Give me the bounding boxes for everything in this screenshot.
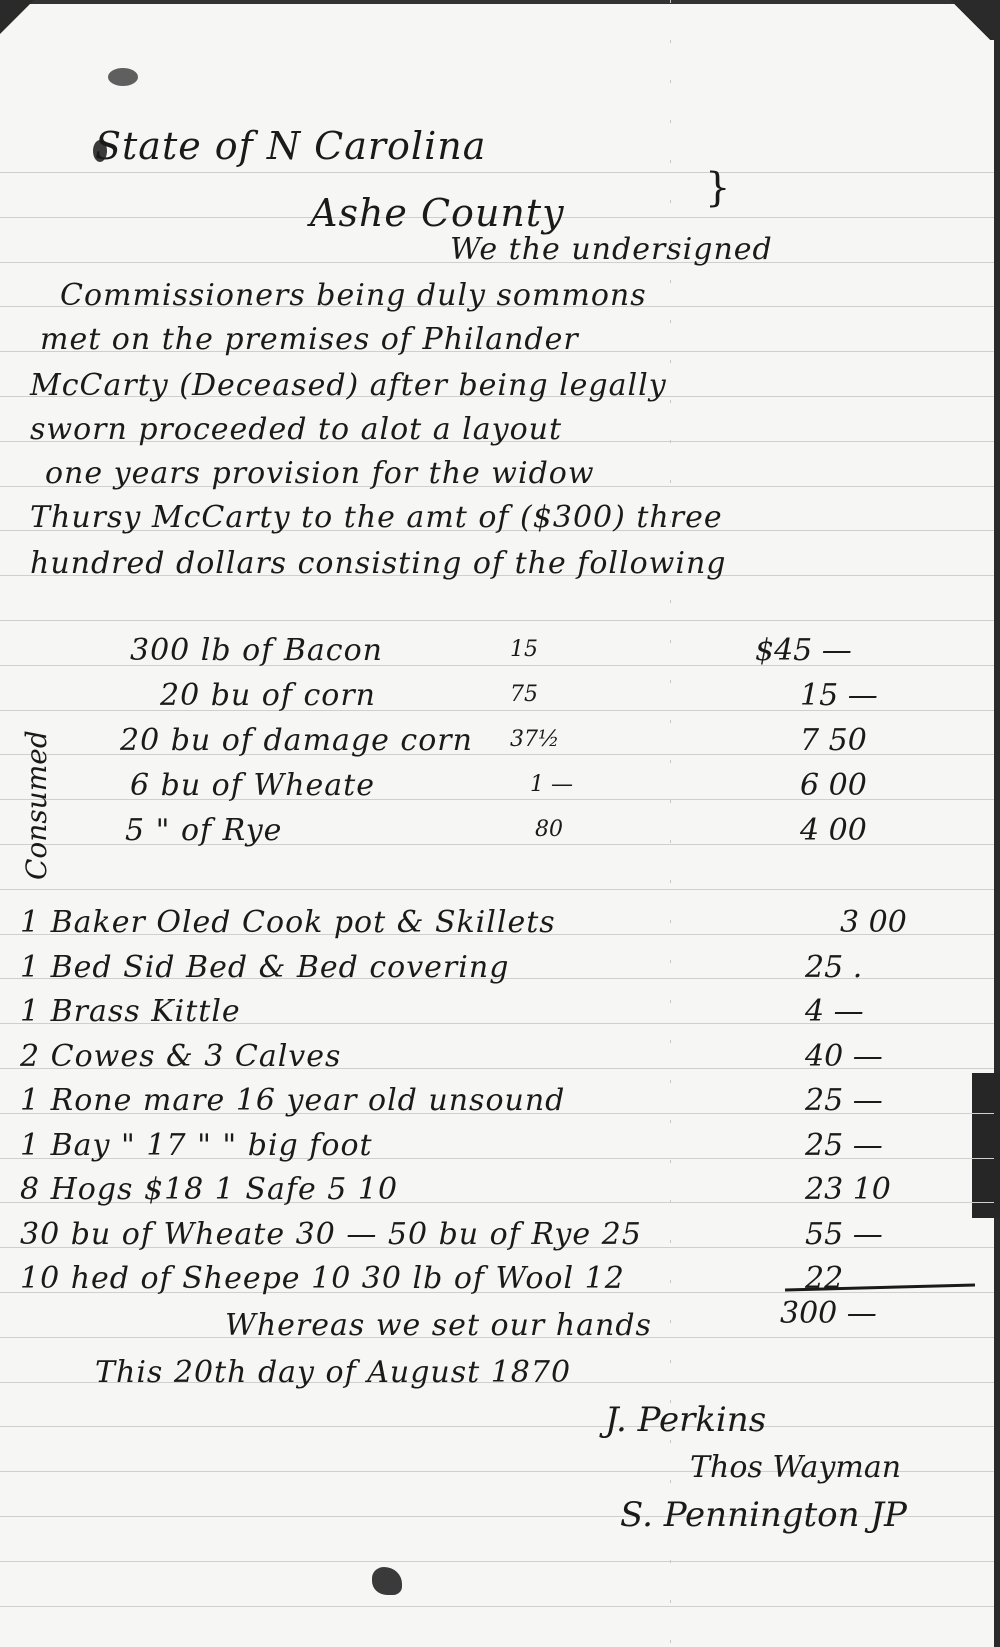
- body-line: met on the premises of Philander: [40, 322, 579, 358]
- provision-rate: 75: [510, 680, 538, 710]
- provision-rate: 1 —: [530, 770, 573, 800]
- closing-line: Whereas we set our hands: [225, 1308, 652, 1344]
- rule-line: [0, 620, 994, 621]
- property-amount: 25 —: [805, 1083, 883, 1119]
- property-item: 1 Baker Oled Cook pot & Skillets: [20, 905, 556, 941]
- date-line: This 20th day of August 1870: [95, 1355, 571, 1391]
- property-item: 1 Bed Sid Bed & Bed covering: [20, 950, 509, 986]
- provision-amount: 6 00: [800, 768, 867, 804]
- provision-rate: 80: [535, 815, 563, 845]
- heading-state: State of N Carolina: [95, 128, 486, 164]
- provision-item: 20 bu of corn: [160, 678, 376, 714]
- property-item: 1 Bay " 17 " " big foot: [20, 1128, 373, 1164]
- property-amount: 40 —: [805, 1039, 883, 1075]
- property-amount: 25 .: [805, 950, 862, 986]
- signature-wayman: Thos Wayman: [690, 1450, 901, 1485]
- page-edge-top: [0, 0, 1000, 4]
- property-item: 8 Hogs $18 1 Safe 5 10: [20, 1172, 398, 1208]
- rule-line: [0, 1606, 994, 1607]
- ink-blot: [372, 1567, 402, 1595]
- body-line: one years provision for the widow: [45, 456, 595, 492]
- body-line: sworn proceeded to alot a layout: [30, 412, 562, 448]
- property-item: 10 hed of Sheepe 10 30 lb of Wool 12: [20, 1261, 625, 1297]
- provision-rate: 37½: [510, 725, 559, 755]
- body-line: We the undersigned: [450, 232, 773, 268]
- property-amount: 25 —: [805, 1128, 883, 1164]
- signature-perkins: J. Perkins: [605, 1400, 766, 1440]
- provision-amount: 4 00: [800, 813, 867, 849]
- brace-mark: }: [705, 165, 730, 211]
- margin-note: Consumed: [20, 730, 53, 880]
- page-edge-right: [994, 0, 1000, 1647]
- provision-amount: $45 —: [755, 633, 852, 669]
- property-item: 1 Rone mare 16 year old unsound: [20, 1083, 565, 1119]
- rule-line: [0, 172, 994, 173]
- property-amount: 3 00: [840, 905, 907, 941]
- body-line: Thursy McCarty to the amt of ($300) thre…: [30, 500, 723, 536]
- provision-rate: 15: [510, 635, 538, 665]
- rule-line: [0, 1561, 994, 1562]
- ink-blot: [108, 68, 138, 86]
- total-amount: 300 —: [780, 1296, 877, 1332]
- provision-item: 20 bu of damage corn: [120, 723, 473, 759]
- document-page: State of N Carolina Ashe County } We the…: [0, 0, 1000, 1647]
- heading-county: Ashe County: [310, 195, 565, 231]
- property-amount: 22: [805, 1261, 843, 1297]
- torn-corner-top-right: [940, 0, 1000, 40]
- provision-amount: 7 50: [800, 723, 867, 759]
- property-amount: 23 10: [805, 1172, 891, 1208]
- provision-item: 300 lb of Bacon: [130, 633, 383, 669]
- rule-line: [0, 889, 994, 890]
- property-item: 2 Cowes & 3 Calves: [20, 1039, 341, 1075]
- provision-item: 5 " of Rye: [125, 813, 282, 849]
- property-amount: 55 —: [805, 1217, 883, 1253]
- property-amount: 4 —: [805, 994, 864, 1030]
- binding-tab: [972, 1073, 1000, 1218]
- body-line: hundred dollars consisting of the follow…: [30, 546, 726, 582]
- property-item: 1 Brass Kittle: [20, 994, 241, 1030]
- property-item: 30 bu of Wheate 30 — 50 bu of Rye 25: [20, 1217, 642, 1253]
- body-line: McCarty (Deceased) after being legally: [30, 368, 667, 404]
- provision-amount: 15 —: [800, 678, 878, 714]
- signature-pennington: S. Pennington JP: [620, 1495, 907, 1535]
- rule-line: [0, 1426, 994, 1427]
- body-line: Commissioners being duly sommons: [60, 278, 647, 314]
- provision-item: 6 bu of Wheate: [130, 768, 375, 804]
- torn-corner-top-left: [0, 0, 34, 34]
